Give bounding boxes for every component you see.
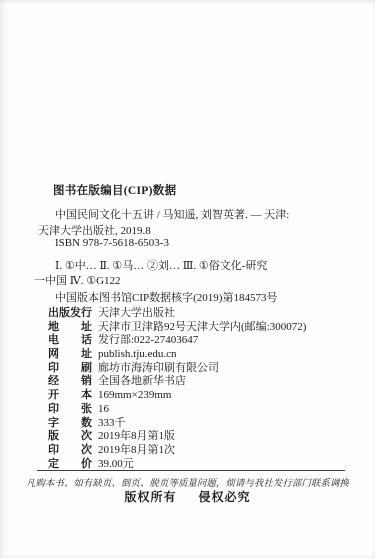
pub-value: 天津大学出版社 [98, 307, 175, 321]
publication-info-block: 出版发行 天津大学出版社 地 址 天津市卫津路92号天津大学内(邮编:30007… [48, 307, 348, 471]
cip-entry-line2: 天津大学出版社, 2019.8 [38, 222, 151, 238]
pub-value: 333千 [98, 417, 126, 431]
quality-notice: 凡购本书、如有缺页、倒页、脱页等质量问题，烦请与我社发行部门联系调换 [0, 475, 375, 489]
pub-label: 版 次 [48, 430, 93, 444]
copyright-infringement: 侵权必究 [199, 488, 251, 505]
copyright-page: 图书在版编目(CIP)数据 中国民间文化十五讲 / 马知遥, 刘智英著. — 天… [0, 0, 375, 558]
pub-row-website: 网 址 publish.tju.edu.cn [48, 348, 348, 362]
pub-value: 2019年8月第1次 [98, 444, 175, 458]
copyright-statement: 版权所有 侵权必究 [0, 488, 375, 505]
pub-value: publish.tju.edu.cn [98, 348, 177, 362]
pub-row-publisher: 出版发行 天津大学出版社 [48, 307, 348, 321]
pub-value: 2019年8月第1版 [98, 430, 175, 444]
isbn-number: ISBN 978-7-5618-6503-3 [55, 237, 169, 249]
footer-divider-line [37, 470, 345, 471]
cip-classification-line2: 一中国 Ⅳ. ①G122 [34, 272, 121, 288]
pub-row-distributor: 经 销 全国各地新华书店 [48, 375, 348, 389]
pub-value: 全国各地新华书店 [98, 375, 186, 389]
pub-label: 经 销 [48, 375, 93, 389]
pub-value: 169mm×239mm [98, 389, 171, 403]
cip-record-number: 中国版本图书馆CIP数据核字(2019)第184573号 [55, 289, 277, 305]
cip-entry-line1: 中国民间文化十五讲 / 马知遥, 刘智英著. — 天津: [55, 206, 289, 222]
pub-label: 出版发行 [48, 307, 93, 321]
pub-row-format: 开 本 169mm×239mm [48, 389, 348, 403]
cip-classification-line1: Ⅰ. ①中… Ⅱ. ①马… ②刘… Ⅲ. ①俗文化-研究 [55, 257, 267, 273]
pub-label: 字 数 [48, 417, 93, 431]
pub-value: 16 [98, 403, 109, 417]
pub-row-printer: 印 刷 廊坊市海涛印刷有限公司 [48, 362, 348, 376]
copyright-all-rights: 版权所有 [124, 488, 176, 505]
pub-label: 印 次 [48, 444, 93, 458]
pub-row-phone: 电 话 发行部:022-27403647 [48, 334, 348, 348]
pub-row-printing: 印 次 2019年8月第1次 [48, 444, 348, 458]
pub-row-address: 地 址 天津市卫津路92号天津大学内(邮编:300072) [48, 321, 348, 335]
pub-label: 电 话 [48, 334, 93, 348]
pub-value: 发行部:022-27403647 [98, 334, 198, 348]
pub-label: 印 刷 [48, 362, 93, 376]
pub-row-wordcount: 字 数 333千 [48, 417, 348, 431]
cip-header: 图书在版编目(CIP)数据 [53, 182, 176, 198]
pub-row-edition: 版 次 2019年8月第1版 [48, 430, 348, 444]
pub-label: 开 本 [48, 389, 93, 403]
pub-label: 印 张 [48, 403, 93, 417]
pub-label: 地 址 [48, 321, 93, 335]
pub-label: 网 址 [48, 348, 93, 362]
pub-value: 廊坊市海涛印刷有限公司 [98, 362, 219, 376]
pub-value: 天津市卫津路92号天津大学内(邮编:300072) [98, 321, 306, 335]
pub-row-sheets: 印 张 16 [48, 403, 348, 417]
